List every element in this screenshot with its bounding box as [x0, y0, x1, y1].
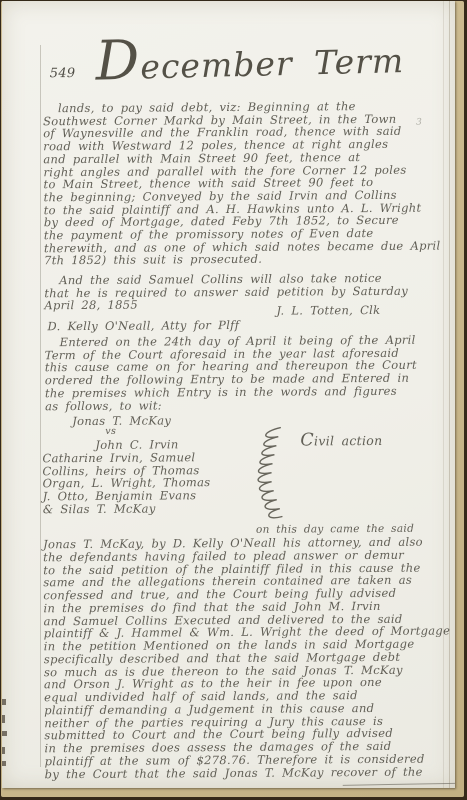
defendants-list: Catharine Irvin, Samuel Collins, heirs o…: [42, 451, 210, 516]
entry-order-paragraph: Entered on the 24th day of April it bein…: [45, 334, 418, 413]
case-type-label: Civil action: [300, 430, 382, 451]
handwritten-content: 549 December Term 3 lands, to pay said d…: [2, 1, 455, 788]
plaintiff-name: Jonas T. McKay: [72, 413, 171, 428]
scanned-record-book-page: 549 December Term 3 lands, to pay said d…: [0, 0, 467, 800]
term-header: December Term: [95, 39, 404, 88]
mortgage-description-paragraph: lands, to pay said debt, viz: Beginning …: [43, 100, 441, 268]
judgment-paragraph: Jonas T. McKay, by D. Kelly O'Neall his …: [43, 535, 451, 780]
attorney-signature: D. Kelly O'Neall, Atty for Plff: [47, 318, 239, 333]
caption-coil-brace: [250, 424, 295, 528]
page-number: 549: [50, 66, 76, 81]
bottom-underline: [343, 783, 455, 786]
paper: 549 December Term 3 lands, to pay said d…: [2, 1, 455, 788]
inserted-line: on this day came the said: [256, 523, 414, 536]
clerk-signature: J. L. Totten, Clk: [276, 303, 380, 318]
vs-label: vs: [105, 426, 116, 437]
